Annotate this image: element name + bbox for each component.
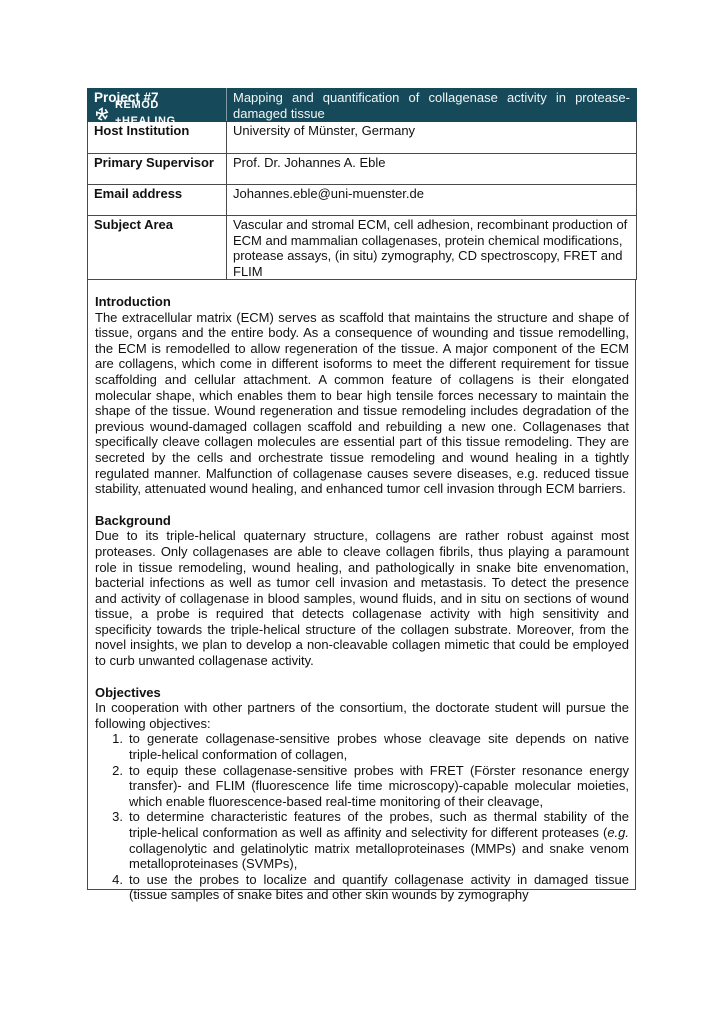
list-number: 3. [107,809,123,825]
objectives-list: 1. to generate collagenase-sensitive pro… [95,731,629,903]
section-heading: Objectives [95,685,629,701]
section-heading: Introduction [95,294,629,310]
info-row-subject-area: Subject Area Vascular and stromal ECM, c… [88,216,637,280]
section-text: In cooperation with other partners of th… [95,700,629,731]
project-id-cell: Project #7 REMOD + [88,89,227,122]
info-row-email-address: Email address Johannes.eble@uni-muenster… [88,185,637,216]
list-text: to determine characteristic features of … [129,809,629,871]
list-item: 3. to determine characteristic features … [129,809,629,871]
info-value: University of Münster, Germany [227,122,637,154]
info-label: Primary Supervisor [88,154,227,185]
list-item: 2. to equip these collagenase-sensitive … [129,763,629,810]
section-text: Due to its triple-helical quaternary str… [95,528,629,668]
list-item: 4. to use the probes to localize and qua… [129,872,629,903]
list-text-part: collagenolytic and gelatinolytic matrix … [129,841,629,872]
email-value: Johannes.eble@uni-muenster.de [227,185,637,216]
list-text: to generate collagenase-sensitive probes… [129,731,629,762]
project-info-table: Project #7 REMOD + [87,88,637,280]
info-value: Prof. Dr. Johannes A. Eble [227,154,637,185]
info-row-primary-supervisor: Primary Supervisor Prof. Dr. Johannes A.… [88,154,637,185]
introduction-section: Introduction The extracellular matrix (E… [95,294,629,497]
project-sheet: Project #7 REMOD + [87,88,636,890]
list-text-part: to determine characteristic features of … [129,809,629,840]
info-value: Vascular and stromal ECM, cell adhesion,… [227,216,637,280]
info-row-host-institution: Host Institution University of Münster, … [88,122,637,154]
list-text: to use the probes to localize and quanti… [129,872,629,903]
list-number: 1. [107,731,123,747]
section-heading: Background [95,513,629,529]
background-section: Background Due to its triple-helical qua… [95,513,629,669]
project-header-row: Project #7 REMOD + [88,89,637,122]
list-number: 4. [107,872,123,888]
pinwheel-icon [94,107,110,121]
list-item: 1. to generate collagenase-sensitive pro… [129,731,629,762]
objectives-section: Objectives In cooperation with other par… [95,685,629,903]
project-title: Mapping and quantification of collagenas… [227,89,637,122]
info-label: Email address [88,185,227,216]
info-label: Subject Area [88,216,227,280]
list-number: 2. [107,763,123,779]
project-description: Introduction The extracellular matrix (E… [87,280,636,890]
remod-healing-logo: REMOD +HEALING [94,106,220,121]
section-text: The extracellular matrix (ECM) serves as… [95,310,629,497]
list-text: to equip these collagenase-sensitive pro… [129,763,629,809]
list-text-emphasis: e.g. [607,825,629,840]
